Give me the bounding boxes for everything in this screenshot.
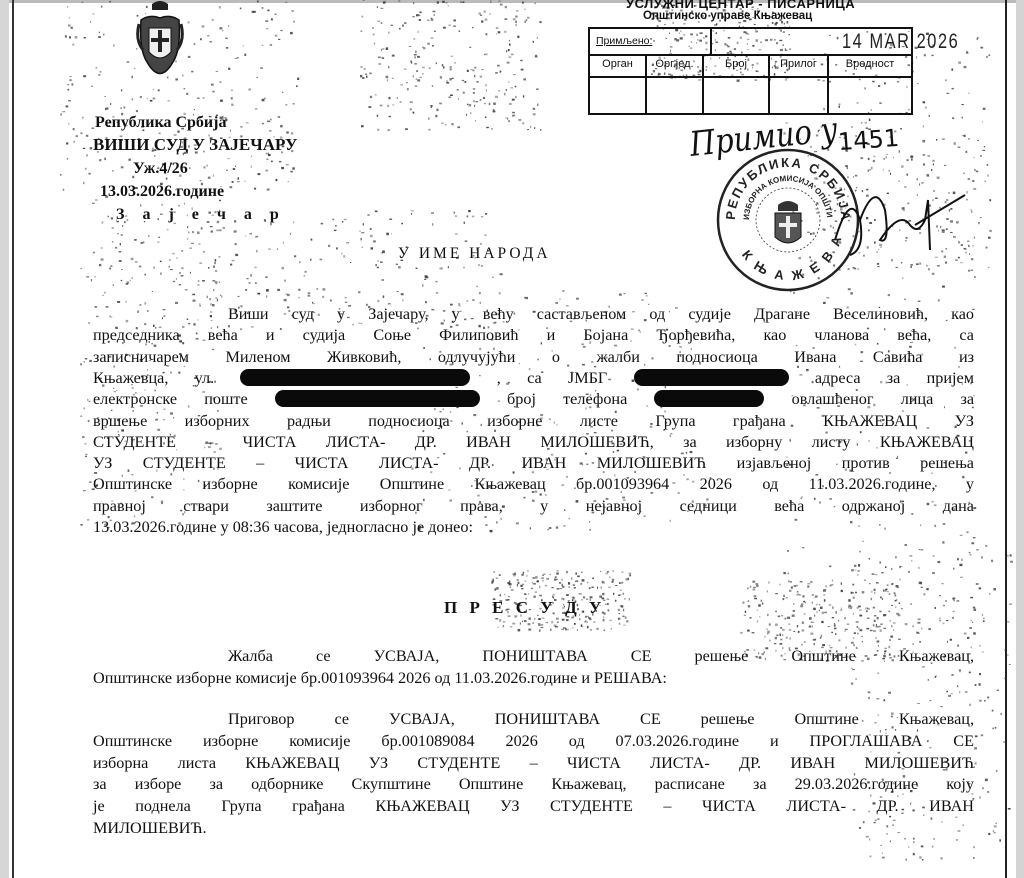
registry-column-header: Орган: [590, 54, 645, 78]
paragraph-line: Жалба се УСВАЈА, ПОНИШТАВА СЕ решење Опш…: [228, 647, 974, 666]
registry-stamp: Примљено: 14 MAR 2026 ОрганОрг.јед.БројП…: [588, 27, 913, 115]
document-date: 13.03.2026.године: [100, 181, 224, 202]
paragraph-line: председника већа и судија Соње Филиповић…: [93, 326, 974, 345]
paragraph-line: 13.03.2026.године у 08:36 часова, једног…: [93, 518, 974, 537]
paragraph-line: Општинске изборне комисије Општине Књаже…: [93, 475, 974, 494]
paragraph-line: Виши суд у Зајечару, у већу састављеном …: [228, 305, 974, 324]
paragraph-line: електронске поште број телефона овлашћен…: [93, 390, 974, 409]
redaction-bar: [240, 369, 470, 386]
serbian-coat-of-arms-icon: [135, 0, 185, 85]
signature: [830, 180, 970, 260]
case-number: Уж.4/26: [133, 158, 188, 179]
paragraph-line: СТУДЕНТЕ – ЧИСТА ЛИСТА- ДР. ИВАН МИЛОШЕВ…: [93, 433, 974, 452]
page-left-border: [12, 0, 14, 878]
scan-right-margin: [1016, 0, 1024, 878]
court-name: ВИШИ СУД У ЗАЈЕЧАРУ: [93, 134, 297, 155]
paragraph-line: правној ствари заштите изборног права, у…: [93, 497, 974, 516]
registry-column: Орган: [590, 54, 647, 113]
registry-column-header: Прилог: [770, 54, 827, 78]
registry-stamp-subtitle: Општинско управе Књажевац: [643, 10, 812, 22]
registry-column: Вредност: [829, 54, 911, 113]
country-name: Република Србија: [95, 112, 226, 133]
registry-columns: ОрганОрг.јед.БројПрилогВредност: [590, 54, 911, 113]
verdict-heading: П Р Е С У Д У: [444, 598, 605, 618]
in-the-name-of-the-people-heading: У ИМЕ НАРОДА: [398, 245, 551, 263]
redaction-bar: [275, 390, 480, 407]
registry-column: Број: [704, 54, 770, 113]
registry-column-header: Орг.јед.: [647, 54, 702, 78]
redaction-bar: [654, 390, 764, 407]
received-date: 14 MAR 2026: [842, 30, 959, 54]
scan-left-margin: [0, 0, 9, 878]
paragraph-line: је поднела Група грађана КЊАЖЕВАЦ УЗ СТУ…: [93, 797, 974, 816]
paragraph-line: за изборе за одборнике Скупштине Општине…: [93, 775, 974, 794]
received-label: Примљено:: [596, 35, 652, 47]
paragraph-line: Општинске изборне комисије бр.001093964 …: [93, 669, 974, 688]
page-right-border: [1005, 0, 1007, 878]
seal-coat-of-arms-icon: [775, 201, 801, 243]
registry-column: Орг.јед.: [647, 54, 704, 113]
registry-column-header: Број: [704, 54, 768, 78]
paragraph-line: вршење изборних радњи подносиоца изборне…: [93, 412, 974, 431]
registry-column-header: Вредност: [829, 54, 911, 78]
paragraph-line: Општинске изборне комисије бр.001089084 …: [93, 732, 974, 751]
redaction-bar: [634, 369, 789, 386]
paragraph-line: Приговор се УСВАЈА, ПОНИШТАВА СЕ решење …: [228, 710, 974, 729]
document-city: З а ј е ч а р: [116, 204, 286, 225]
registry-column: Прилог: [770, 54, 829, 113]
paragraph-line: Књажевца, ул. , са ЈМБГ адреса за пријем: [93, 369, 974, 388]
paragraph-line: записничарем Миленом Живковић, одлучујућ…: [93, 348, 974, 367]
paragraph-line: МИЛОШЕВИЋ.: [93, 819, 974, 838]
paragraph-line: изборна листа КЊАЖЕВАЦ УЗ СТУДЕНТЕ – ЧИС…: [93, 754, 974, 773]
paragraph-line: УЗ СТУДЕНТЕ – ЧИСТА ЛИСТА- ДР. ИВАН МИЛО…: [93, 454, 974, 473]
